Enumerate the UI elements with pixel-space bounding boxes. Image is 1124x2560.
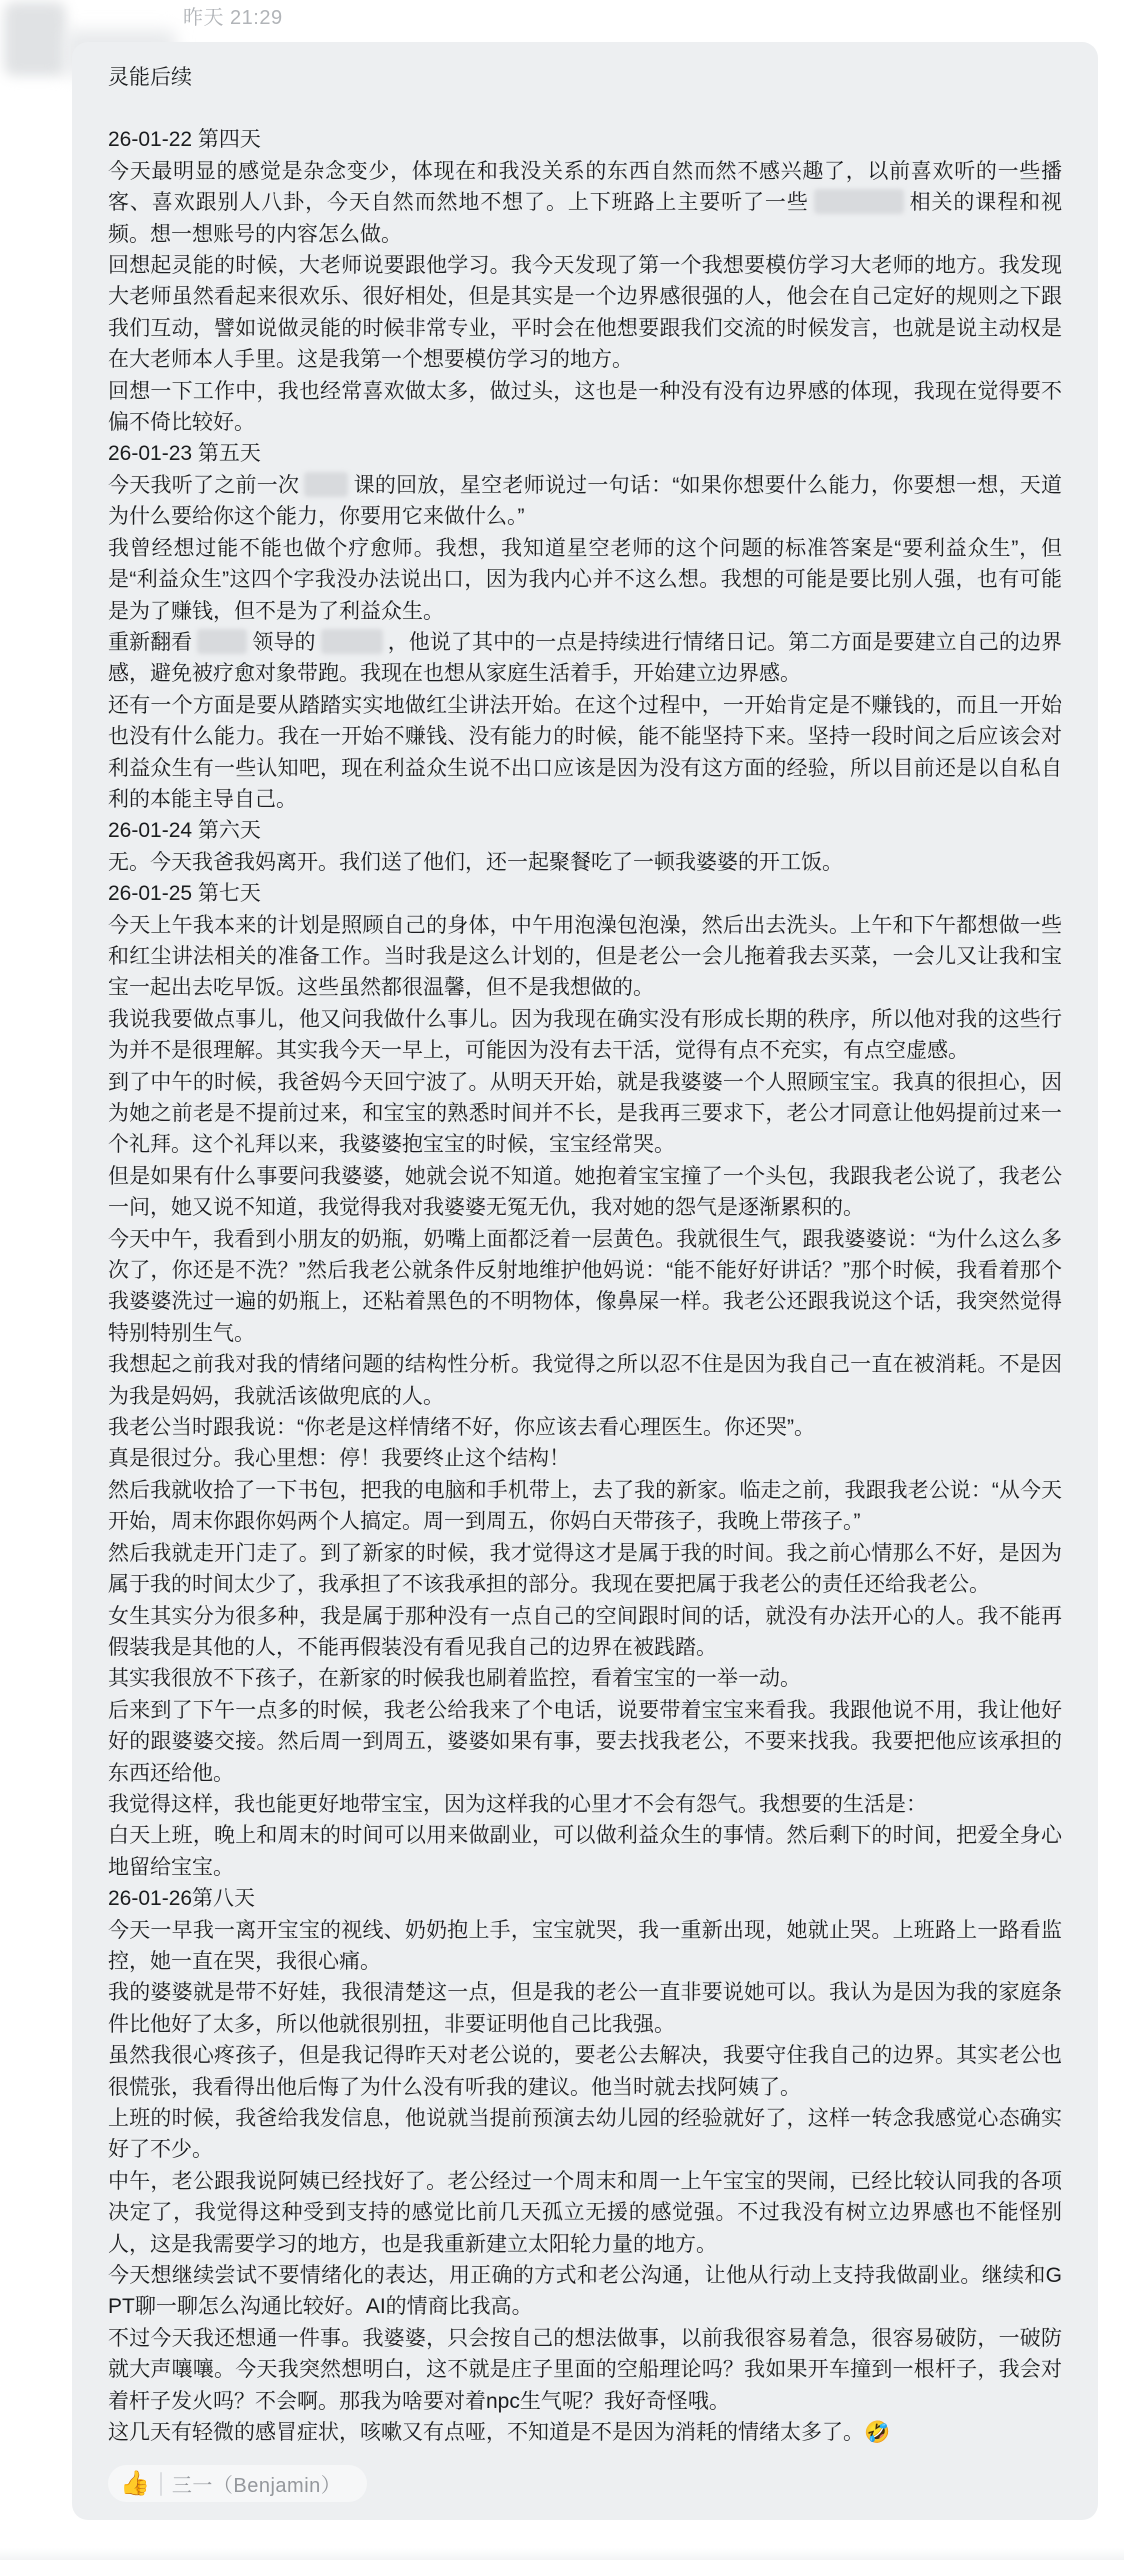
message-paragraph: 后来到了下午一点多的时候，我老公给我来了个电话，说要带着宝宝来看我。我跟他说不用… [108, 1695, 1062, 1789]
message-paragraph: 不过今天我还想通一件事。我婆婆，只会按自己的想法做事，以前我很容易着急，很容易破… [108, 2323, 1062, 2417]
message-paragraph: 然后我就走开门走了。到了新家的时候，我才觉得这才是属于我的时间。我之前心情那么不… [108, 1538, 1062, 1601]
message-paragraph: 真是很过分。我心里想：停！我要终止这个结构！ [108, 1443, 1062, 1474]
message-text: 灵能后续 26-01-22 第四天今天最明显的感觉是杂念变少，体现在和我没关系的… [108, 62, 1062, 2448]
chat-screen: { "header": { "timestamp": "昨天 21:29" },… [0, 0, 1124, 2560]
message-paragraph: 我老公当时跟我说：“你老是这样情绪不好，你应该去看心理医生。你还哭”。 [108, 1412, 1062, 1443]
message-timestamp: 昨天 21:29 [183, 6, 283, 30]
redacted-text [814, 189, 904, 214]
message-paragraph: 然后我就收拾了一下书包，把我的电脑和手机带上，去了我的新家。临走之前，我跟我老公… [108, 1475, 1062, 1538]
message-paragraph: 今天想继续尝试不要情绪化的表达，用正确的方式和老公沟通，让他从行动上支持我做副业… [108, 2260, 1062, 2323]
message-paragraph: 无。今天我爸我妈离开。我们送了他们，还一起聚餐吃了一顿我婆婆的开工饭。 [108, 847, 1062, 878]
reaction-user-name: 三一（Benjamin） [172, 2469, 341, 2498]
message-paragraph: 今天上午我本来的计划是照顾自己的身体，中午用泡澡包泡澡，然后出去洗头。上午和下午… [108, 910, 1062, 1004]
reaction-pill[interactable]: 👍 三一（Benjamin） [108, 2465, 367, 2502]
message-paragraph: 回想起灵能的时候，大老师说要跟他学习。我今天发现了第一个我想要模仿学习大老师的地… [108, 250, 1062, 376]
message-paragraph: 白天上班，晚上和周末的时间可以用来做副业，可以做利益众生的事情。然后剩下的时间，… [108, 1820, 1062, 1883]
message-paragraph: 今天最明显的感觉是杂念变少，体现在和我没关系的东西自然而然不感兴趣了，以前喜欢听… [108, 156, 1062, 250]
message-bubble[interactable]: 灵能后续 26-01-22 第四天今天最明显的感觉是杂念变少，体现在和我没关系的… [72, 42, 1098, 2520]
message-paragraph: 26-01-23 第五天 [108, 438, 1062, 469]
message-paragraph: 回想一下工作中，我也经常喜欢做太多，做过头，这也是一种没有没有边界感的体现，我现… [108, 376, 1062, 439]
message-paragraph: 26-01-24 第六天 [108, 815, 1062, 846]
message-paragraph: 这几天有轻微的感冒症状，咳嗽又有点哑，不知道是不是因为消耗的情绪太多了。🤣 [108, 2417, 1062, 2448]
message-paragraph: 还有一个方面是要从踏踏实实地做红尘讲法开始。在这个过程中，一开始肯定是不赚钱的，… [108, 690, 1062, 816]
message-paragraph: 我的婆婆就是带不好娃，我很清楚这一点，但是我的老公一直非要说她可以。我认为是因为… [108, 1977, 1062, 2040]
redacted-text [197, 629, 247, 654]
message-paragraph: 今天我听了之前一次课的回放，星空老师说过一句话：“如果你想要什么能力，你要想一想… [108, 470, 1062, 533]
thumbs-up-icon: 👍 [120, 2470, 150, 2498]
message-paragraph: 26-01-26第八天 [108, 1883, 1062, 1914]
message-paragraph: 虽然我很心疼孩子，但是我记得昨天对老公说的，要老公去解决，我要守住我自己的边界。… [108, 2040, 1062, 2103]
message-paragraph: 我想起之前我对我的情绪问题的结构性分析。我觉得之所以忍不住是因为我自己一直在被消… [108, 1349, 1062, 1412]
message-paragraph: 上班的时候，我爸给我发信息，他说就当提前预演去幼儿园的经验就好了，这样一转念我感… [108, 2103, 1062, 2166]
message-paragraph: 到了中午的时候，我爸妈今天回宁波了。从明天开始，就是我婆婆一个人照顾宝宝。我真的… [108, 1067, 1062, 1161]
reaction-divider [160, 2472, 162, 2496]
message-paragraph: 中午，老公跟我说阿姨已经找好了。老公经过一个周末和周一上午宝宝的哭闹，已经比较认… [108, 2166, 1062, 2260]
message-paragraph: 我曾经想过能不能也做个疗愈师。我想，我知道星空老师的这个问题的标准答案是“要利益… [108, 533, 1062, 627]
message-paragraph: 26-01-22 第四天 [108, 124, 1062, 155]
message-paragraph: 其实我很放不下孩子，在新家的时候我也刷着监控，看着宝宝的一举一动。 [108, 1663, 1062, 1694]
message-paragraph: 我觉得这样，我也能更好地带宝宝，因为这样我的心里才不会有怨气。我想要的生活是： [108, 1789, 1062, 1820]
message-paragraph: 今天一早我一离开宝宝的视线、奶奶抱上手，宝宝就哭，我一重新出现，她就止哭。上班路… [108, 1915, 1062, 1978]
message-paragraph: 但是如果有什么事要问我婆婆，她就会说不知道。她抱着宝宝撞了一个头包，我跟我老公说… [108, 1161, 1062, 1224]
message-paragraph: 26-01-25 第七天 [108, 878, 1062, 909]
message-title: 灵能后续 [108, 62, 1062, 93]
avatar[interactable] [4, 2, 66, 76]
message-paragraph: 今天中午，我看到小朋友的奶瓶，奶嘴上面都泛着一层黄色。我就很生气，跟我婆婆说：“… [108, 1224, 1062, 1350]
message-paragraph: 重新翻看领导的，他说了其中的一点是持续进行情绪日记。第二方面是要建立自己的边界感… [108, 627, 1062, 690]
message-paragraph: 我说我要做点事儿，他又问我做什么事儿。因为我现在确实没有形成长期的秩序，所以他对… [108, 1004, 1062, 1067]
redacted-text [304, 472, 348, 497]
bottom-strip [0, 2548, 1124, 2560]
message-paragraph: 女生其实分为很多种，我是属于那种没有一点自己的空间跟时间的话，就没有办法开心的人… [108, 1601, 1062, 1664]
redacted-text [321, 629, 383, 654]
